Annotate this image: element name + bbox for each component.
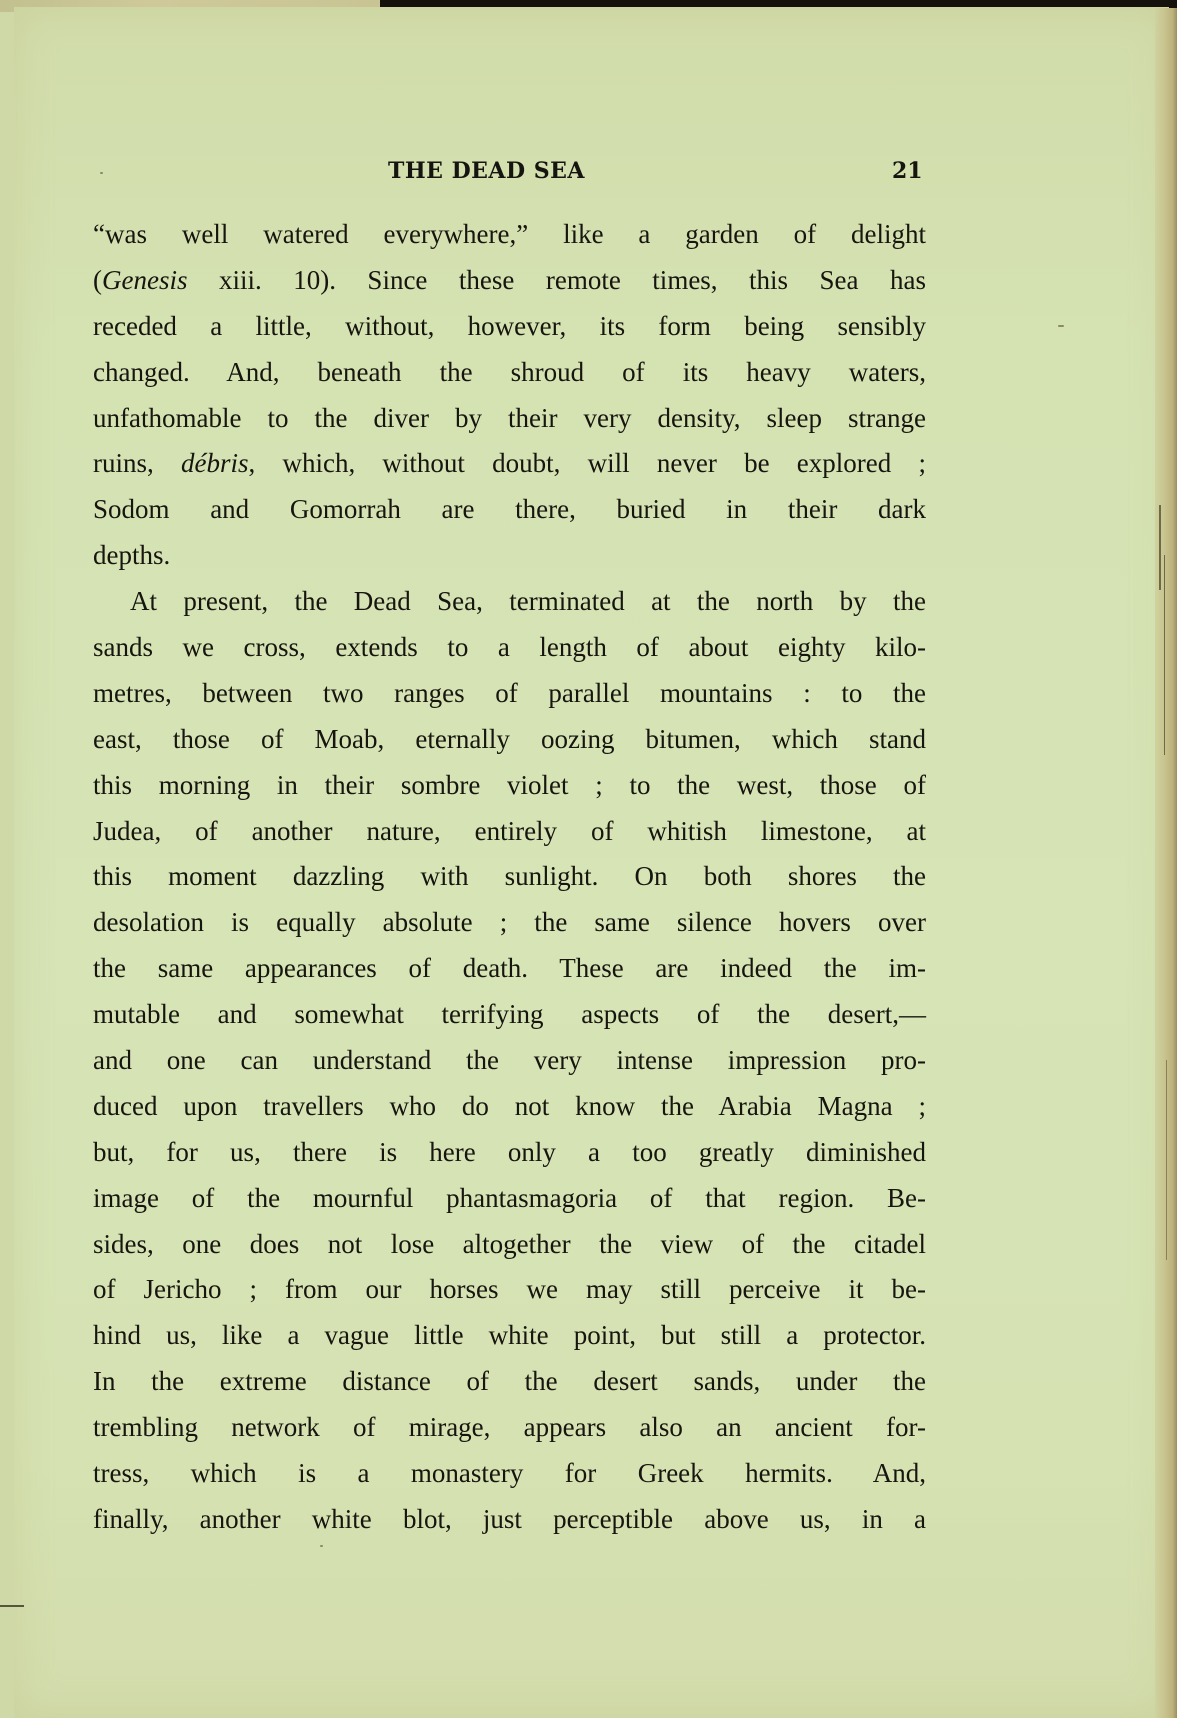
running-head: THE DEAD SEA 21 bbox=[0, 158, 1177, 188]
margin-mark bbox=[0, 1605, 24, 1607]
italic-title: Genesis bbox=[102, 265, 187, 295]
text-run: ruins, bbox=[93, 448, 181, 478]
text-line: desolation is equally absolute ; the sam… bbox=[93, 900, 926, 946]
text-line: (Genesis xiii. 10). Since these remote t… bbox=[93, 258, 926, 304]
text-line: Judea, of another nature, entirely of wh… bbox=[93, 809, 926, 855]
text-line: “was well watered everywhere,” like a ga… bbox=[93, 212, 926, 258]
text-line: tress, which is a monastery for Greek he… bbox=[93, 1451, 926, 1497]
chapter-title: THE DEAD SEA bbox=[388, 158, 585, 184]
text-line: sides, one does not lose altogether the … bbox=[93, 1222, 926, 1268]
text-line: ruins, débris, which, without doubt, wil… bbox=[93, 441, 926, 487]
page-edge-mark bbox=[1164, 555, 1165, 755]
text-line: Sodom and Gomorrah are there, buried in … bbox=[93, 487, 926, 533]
text-line: trembling network of mirage, appears als… bbox=[93, 1405, 926, 1451]
text-line: depths. bbox=[93, 533, 926, 579]
text-line: In the extreme distance of the desert sa… bbox=[93, 1359, 926, 1405]
text-line: the same appearances of death. These are… bbox=[93, 946, 926, 992]
text-line: finally, another white blot, just percep… bbox=[93, 1497, 926, 1543]
text-line: image of the mournful phantasmagoria of … bbox=[93, 1176, 926, 1222]
text-line: metres, between two ranges of parallel m… bbox=[93, 671, 926, 717]
paragraph-start-line: At present, the Dead Sea, terminated at … bbox=[93, 579, 926, 625]
text-line: but, for us, there is here only a too gr… bbox=[93, 1130, 926, 1176]
page-edge-mark bbox=[1166, 1060, 1167, 1260]
text-line: this moment dazzling with sunlight. On b… bbox=[93, 854, 926, 900]
text-line: receded a little, without, however, its … bbox=[93, 304, 926, 350]
text-line: of Jericho ; from our horses we may stil… bbox=[93, 1267, 926, 1313]
text-line: and one can understand the very intense … bbox=[93, 1038, 926, 1084]
page-number: 21 bbox=[892, 158, 923, 184]
page-edge-mark bbox=[1159, 505, 1161, 590]
body-text: “was well watered everywhere,” like a ga… bbox=[93, 212, 926, 1543]
italic-word: débris bbox=[181, 448, 249, 478]
text-run: ( bbox=[93, 265, 102, 295]
text-run: , which, without doubt, will never be ex… bbox=[248, 448, 926, 478]
text-line: hind us, like a vague little white point… bbox=[93, 1313, 926, 1359]
text-line: unfathomable to the diver by their very … bbox=[93, 396, 926, 442]
page-stack-edge bbox=[1155, 8, 1177, 1718]
text-run: xiii. 10). Since these remote times, thi… bbox=[187, 265, 926, 295]
text-line: mutable and somewhat terrifying aspects … bbox=[93, 992, 926, 1038]
paper-speck bbox=[1058, 325, 1064, 327]
text-line: east, those of Moab, eternally oozing bi… bbox=[93, 717, 926, 763]
text-line: changed. And, beneath the shroud of its … bbox=[93, 350, 926, 396]
text-line: this morning in their sombre violet ; to… bbox=[93, 763, 926, 809]
text-line: sands we cross, extends to a length of a… bbox=[93, 625, 926, 671]
paper-speck bbox=[320, 1545, 323, 1547]
text-line: duced upon travellers who do not know th… bbox=[93, 1084, 926, 1130]
